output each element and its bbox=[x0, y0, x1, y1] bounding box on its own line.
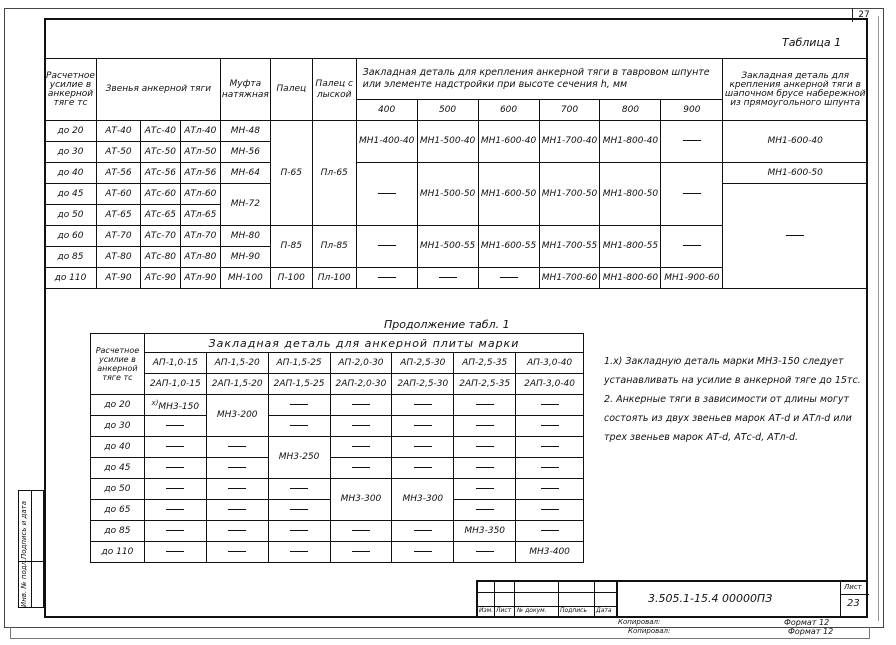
table-row: до 20 х)МН3-150 МН3-200 bbox=[91, 395, 584, 416]
col-izm: Изм. bbox=[479, 607, 493, 614]
cell-force: до 50 bbox=[45, 205, 97, 226]
cell-coupling: МН-48 bbox=[220, 121, 270, 142]
designation: 3.505.1-15.4 00000ПЗ bbox=[648, 592, 772, 605]
cell-tee: МН1-800-55 bbox=[600, 226, 661, 268]
header-links: Звенья анкерной тяги bbox=[96, 59, 220, 121]
cell-finger-lug: Пл-100 bbox=[312, 268, 356, 289]
cell-dash bbox=[454, 395, 516, 416]
cell-atc: АТс-80 bbox=[140, 247, 180, 268]
header-plate: Закладная деталь для анкерной плиты марк… bbox=[144, 334, 583, 353]
cell-coupling: МН-100 bbox=[220, 268, 270, 289]
header-plate-col-2: 2АП-3,0-40 bbox=[516, 374, 584, 395]
col-list: Лист bbox=[496, 607, 511, 614]
cell-beam: МН1-600-50 bbox=[723, 163, 868, 184]
header-plate-col: АП-2,5-30 bbox=[392, 353, 454, 374]
table-title: Таблица 1 bbox=[782, 36, 841, 49]
cell-finger: П-65 bbox=[270, 121, 312, 226]
cell-dash bbox=[144, 416, 206, 437]
header-plate-col: АП-1,5-25 bbox=[268, 353, 330, 374]
cell-tee-dash bbox=[356, 268, 417, 289]
cell-atl: АТл-90 bbox=[180, 268, 220, 289]
title-block: Изм. Лист № докум. Подпись Дата 3.505.1-… bbox=[476, 580, 868, 618]
header-coupling: Муфта натяжная bbox=[220, 59, 270, 121]
cell-force: до 40 bbox=[45, 163, 97, 184]
cell-tee: МН1-700-50 bbox=[539, 163, 600, 226]
cell-tee: МН1-400-40 bbox=[356, 121, 417, 163]
cell-dash bbox=[516, 395, 584, 416]
cell-force: до 45 bbox=[91, 458, 145, 479]
header-plate-col-2: 2АП-2,0-30 bbox=[330, 374, 392, 395]
cell-dash bbox=[268, 416, 330, 437]
sheet-label: Лист bbox=[844, 583, 862, 591]
cell-force: до 65 bbox=[91, 500, 145, 521]
table-2: Расчетное усилие в анкерной тяге тс Закл… bbox=[90, 333, 584, 563]
cell-atc: АТс-56 bbox=[140, 163, 180, 184]
cell-tee-dash bbox=[661, 163, 723, 226]
cell-beam-dash bbox=[723, 184, 868, 289]
header-plate-col-2: 2АП-1,5-25 bbox=[268, 374, 330, 395]
cell-dash bbox=[330, 437, 392, 458]
cell-atl: АТл-60 bbox=[180, 184, 220, 205]
cell-dash bbox=[516, 500, 584, 521]
side-stamp-sign: Подпись и дата bbox=[20, 501, 28, 559]
cell-beam: МН1-600-40 bbox=[723, 121, 868, 163]
cell-dash bbox=[516, 521, 584, 542]
cell-coupling: МН-64 bbox=[220, 163, 270, 184]
cell-tee-dash bbox=[417, 268, 478, 289]
cell-finger-lug: Пл-65 bbox=[312, 121, 356, 226]
cell-dash bbox=[330, 416, 392, 437]
cell-dash bbox=[206, 437, 268, 458]
header-plate-col: АП-1,5-20 bbox=[206, 353, 268, 374]
cell-at: АТ-56 bbox=[96, 163, 140, 184]
cell-dash bbox=[454, 437, 516, 458]
header-h-700: 700 bbox=[539, 100, 600, 121]
cell-atc: АТс-70 bbox=[140, 226, 180, 247]
cell-coupling: МН-80 bbox=[220, 226, 270, 247]
cell-tee: МН1-700-60 bbox=[539, 268, 600, 289]
cell-dash bbox=[454, 479, 516, 500]
cell-force: до 30 bbox=[91, 416, 145, 437]
cell-dash bbox=[268, 542, 330, 563]
cell-dash bbox=[268, 521, 330, 542]
copied-by-2: Копировал: bbox=[628, 627, 670, 635]
cell-atl: АТл-70 bbox=[180, 226, 220, 247]
cell-tee: МН1-600-55 bbox=[478, 226, 539, 268]
cell-finger: П-100 bbox=[270, 268, 312, 289]
cell-dash bbox=[268, 500, 330, 521]
cell-force: до 30 bbox=[45, 142, 97, 163]
header-h-400: 400 bbox=[356, 100, 417, 121]
cell-dash bbox=[454, 416, 516, 437]
cell-dash bbox=[144, 542, 206, 563]
cell-plate: МН3-250 bbox=[268, 437, 330, 479]
cell-dash bbox=[206, 521, 268, 542]
table-row: до 40 МН3-250 bbox=[91, 437, 584, 458]
sheet-number: 23 bbox=[847, 598, 860, 609]
cell-tee: МН1-600-40 bbox=[478, 121, 539, 163]
copied-by-1: Копировал: bbox=[618, 618, 660, 626]
cell-coupling: МН-90 bbox=[220, 247, 270, 268]
cell-dash bbox=[144, 521, 206, 542]
cell-dash bbox=[516, 416, 584, 437]
cell-tee: МН1-900-60 bbox=[661, 268, 723, 289]
cell-plate: МН3-400 bbox=[516, 542, 584, 563]
cell-dash bbox=[268, 395, 330, 416]
cell-dash bbox=[330, 395, 392, 416]
cell-at: АТ-60 bbox=[96, 184, 140, 205]
note-1: 1.х) Закладную деталь марки МН3-150 след… bbox=[604, 352, 864, 390]
cell-coupling: МН-72 bbox=[220, 184, 270, 226]
col-doc: № докум. bbox=[517, 607, 547, 614]
table-row: до 30 bbox=[91, 416, 584, 437]
cell-tee: МН1-800-50 bbox=[600, 163, 661, 226]
cell-plate: МН3-200 bbox=[206, 395, 268, 437]
header-plate-col-2: 2АП-2,5-35 bbox=[454, 374, 516, 395]
cell-dash bbox=[206, 542, 268, 563]
cell-tee-dash bbox=[661, 121, 723, 163]
cell-plate: МН3-300 bbox=[330, 479, 392, 521]
notes: 1.х) Закладную деталь марки МН3-150 след… bbox=[604, 352, 864, 447]
cell-dash bbox=[144, 437, 206, 458]
table-row: до 110 МН3-400 bbox=[91, 542, 584, 563]
cell-force: до 40 bbox=[91, 437, 145, 458]
cell-tee: МН1-500-55 bbox=[417, 226, 478, 268]
cell-tee: МН1-500-40 bbox=[417, 121, 478, 163]
cell-at: АТ-90 bbox=[96, 268, 140, 289]
cell-tee-dash bbox=[356, 163, 417, 226]
header-plate-col-2: 2АП-2,5-30 bbox=[392, 374, 454, 395]
cell-dash bbox=[144, 458, 206, 479]
format-1: Формат 12 bbox=[784, 618, 829, 627]
cell-dash bbox=[392, 521, 454, 542]
header-finger: Палец bbox=[270, 59, 312, 121]
cell-at: АТ-65 bbox=[96, 205, 140, 226]
table-row: до 50 МН3-300 МН3-300 bbox=[91, 479, 584, 500]
outer-frame-shadow bbox=[10, 627, 870, 639]
header-plate-col: АП-1,0-15 bbox=[144, 353, 206, 374]
cell-atl: АТл-56 bbox=[180, 163, 220, 184]
cell-atc: АТс-60 bbox=[140, 184, 180, 205]
cell-atc: АТс-50 bbox=[140, 142, 180, 163]
cell-dash bbox=[392, 542, 454, 563]
table-row: до 85 МН3-350 bbox=[91, 521, 584, 542]
continuation-title: Продолжение табл. 1 bbox=[384, 318, 510, 331]
header-h-800: 800 bbox=[600, 100, 661, 121]
side-stamp-inv: Инв. № подл. bbox=[20, 559, 28, 607]
header-force: Расчетное усилие в анкерной тяге тс bbox=[45, 59, 97, 121]
header-finger-lug: Палец с лыской bbox=[312, 59, 356, 121]
cell-force: до 50 bbox=[91, 479, 145, 500]
header-embedded-beam: Закладная деталь для крепления анкерной … bbox=[723, 59, 868, 121]
col-date: Дата bbox=[596, 607, 612, 614]
cell-dash bbox=[206, 458, 268, 479]
header-plate-col-2: 2АП-1,0-15 bbox=[144, 374, 206, 395]
cell-force: до 110 bbox=[45, 268, 97, 289]
header-force: Расчетное усилие в анкерной тяге тс bbox=[91, 334, 145, 395]
header-h-600: 600 bbox=[478, 100, 539, 121]
cell-value: МН3-150 bbox=[158, 402, 199, 412]
cell-dash bbox=[516, 458, 584, 479]
cell-atc: АТс-40 bbox=[140, 121, 180, 142]
cell-tee: МН1-700-40 bbox=[539, 121, 600, 163]
table-1: Расчетное усилие в анкерной тяге тс Звен… bbox=[44, 58, 868, 289]
cell-force: до 45 bbox=[45, 184, 97, 205]
cell-at: АТ-50 bbox=[96, 142, 140, 163]
cell-force: до 20 bbox=[91, 395, 145, 416]
cell-tee: МН1-500-50 bbox=[417, 163, 478, 226]
cell-atl: АТл-50 bbox=[180, 142, 220, 163]
header-plate-col: АП-2,0-30 bbox=[330, 353, 392, 374]
side-stamp: Инв. № подл. Подпись и дата bbox=[18, 490, 44, 608]
cell-tee-dash bbox=[356, 226, 417, 268]
cell-dash bbox=[206, 500, 268, 521]
cell-at: АТ-80 bbox=[96, 247, 140, 268]
cell-at: АТ-70 bbox=[96, 226, 140, 247]
cell-dash bbox=[454, 500, 516, 521]
cell-dash bbox=[330, 521, 392, 542]
cell-dash bbox=[454, 542, 516, 563]
cell-dash bbox=[144, 500, 206, 521]
cell-plate: х)МН3-150 bbox=[144, 395, 206, 416]
table-row: до 20 АТ-40 АТс-40 АТл-40 МН-48 П-65 Пл-… bbox=[45, 121, 868, 142]
cell-tee: МН1-600-50 bbox=[478, 163, 539, 226]
cell-atl: АТл-40 bbox=[180, 121, 220, 142]
cell-tee-dash bbox=[661, 226, 723, 268]
cell-tee: МН1-800-60 bbox=[600, 268, 661, 289]
cell-atl: АТл-65 bbox=[180, 205, 220, 226]
cell-dash bbox=[392, 416, 454, 437]
cell-at: АТ-40 bbox=[96, 121, 140, 142]
cell-dash bbox=[516, 479, 584, 500]
cell-dash bbox=[144, 479, 206, 500]
header-h-500: 500 bbox=[417, 100, 478, 121]
cell-finger-lug: Пл-85 bbox=[312, 226, 356, 268]
cell-atl: АТл-80 bbox=[180, 247, 220, 268]
format-2: Формат 12 bbox=[788, 627, 833, 636]
cell-atc: АТс-90 bbox=[140, 268, 180, 289]
cell-dash bbox=[392, 458, 454, 479]
cell-tee: МН1-800-40 bbox=[600, 121, 661, 163]
header-plate-col: АП-3,0-40 bbox=[516, 353, 584, 374]
header-plate-col: АП-2,5-35 bbox=[454, 353, 516, 374]
cell-force: до 60 bbox=[45, 226, 97, 247]
cell-tee: МН1-700-55 bbox=[539, 226, 600, 268]
cell-dash bbox=[330, 542, 392, 563]
cell-dash bbox=[268, 479, 330, 500]
cell-coupling: МН-56 bbox=[220, 142, 270, 163]
cell-atc: АТс-65 bbox=[140, 205, 180, 226]
cell-force: до 110 bbox=[91, 542, 145, 563]
header-h-900: 900 bbox=[661, 100, 723, 121]
header-embedded-tee: Закладная деталь для крепления анкерной … bbox=[356, 59, 723, 100]
header-plate-col-2: 2АП-1,5-20 bbox=[206, 374, 268, 395]
cell-plate: МН3-350 bbox=[454, 521, 516, 542]
table-row: до 40 АТ-56 АТс-56 АТл-56 МН-64 МН1-500-… bbox=[45, 163, 868, 184]
cell-tee-dash bbox=[478, 268, 539, 289]
cell-dash bbox=[454, 458, 516, 479]
note-2: 2. Анкерные тяги в зависимости от длины … bbox=[604, 390, 864, 447]
page-edge bbox=[878, 16, 879, 621]
cell-finger: П-85 bbox=[270, 226, 312, 268]
table-row: до 45 bbox=[91, 458, 584, 479]
cell-dash bbox=[392, 437, 454, 458]
corner-sheet-number: 27 bbox=[852, 8, 875, 22]
cell-plate: МН3-300 bbox=[392, 479, 454, 521]
cell-dash bbox=[330, 458, 392, 479]
cell-dash bbox=[206, 479, 268, 500]
cell-dash bbox=[392, 395, 454, 416]
col-sign: Подпись bbox=[560, 607, 587, 614]
cell-force: до 20 bbox=[45, 121, 97, 142]
cell-force: до 85 bbox=[45, 247, 97, 268]
cell-dash bbox=[516, 437, 584, 458]
cell-force: до 85 bbox=[91, 521, 145, 542]
